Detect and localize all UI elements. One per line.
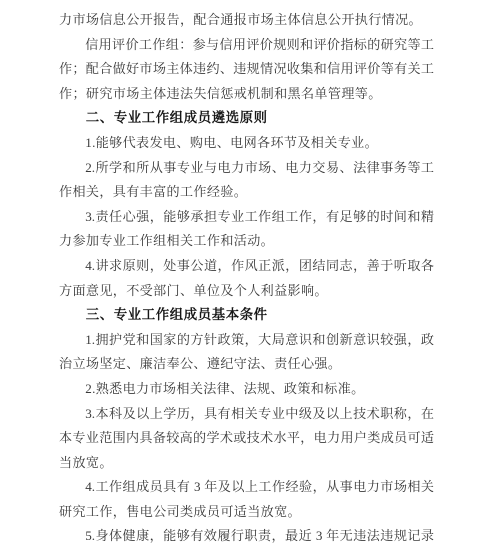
section-heading-three: 三、专业工作组成员基本条件	[59, 303, 434, 328]
body-line: 作；配合做好市场主体违约、违规情况收集和信用评价等有关工	[59, 57, 434, 82]
body-line: 本专业范围内具备较高的学术或技术水平，电力用户类成员可适	[59, 426, 434, 451]
body-line: 3.责任心强，能够承担专业工作组工作，有足够的时间和精	[59, 205, 434, 230]
body-line: 4.讲求原则，处事公道，作风正派，团结同志，善于听取各	[59, 254, 434, 279]
body-line: 研究工作，售电公司类成员可适当放宽。	[59, 500, 434, 525]
body-line: 力参加专业工作组相关工作和活动。	[59, 229, 434, 254]
body-line: 力市场信息公开报告，配合通报市场主体信息公开执行情况。	[59, 8, 434, 33]
document-page: 力市场信息公开报告，配合通报市场主体信息公开执行情况。 信用评价工作组：参与信用…	[0, 0, 496, 552]
body-line: 5.身体健康，能够有效履行职责，最近 3 年无违法违规记录	[59, 524, 434, 549]
body-line: 治立场坚定、廉洁奉公、遵纪守法、责任心强。	[59, 352, 434, 377]
section-heading-two: 二、专业工作组成员遴选原则	[59, 106, 434, 131]
body-line: 4.工作组成员具有 3 年及以上工作经验，从事电力市场相关	[59, 475, 434, 500]
body-line: 1.能够代表发电、购电、电网各环节及相关专业。	[59, 131, 434, 156]
body-line: 信用评价工作组：参与信用评价规则和评价指标的研究等工	[59, 33, 434, 58]
body-line: 当放宽。	[59, 451, 434, 476]
body-line: 方面意见，不受部门、单位及个人利益影响。	[59, 279, 434, 304]
body-line: 1.拥护党和国家的方针政策，大局意识和创新意识较强，政	[59, 328, 434, 353]
body-line: 2.所学和所从事专业与电力市场、电力交易、法律事务等工	[59, 156, 434, 181]
body-line: 2.熟悉电力市场相关法律、法规、政策和标准。	[59, 377, 434, 402]
body-line: 作；研究市场主体违法失信惩戒机制和黑名单管理等。	[59, 82, 434, 107]
body-line: 作相关，具有丰富的工作经验。	[59, 180, 434, 205]
body-line: 3.本科及以上学历，具有相关专业中级及以上技术职称，在	[59, 402, 434, 427]
